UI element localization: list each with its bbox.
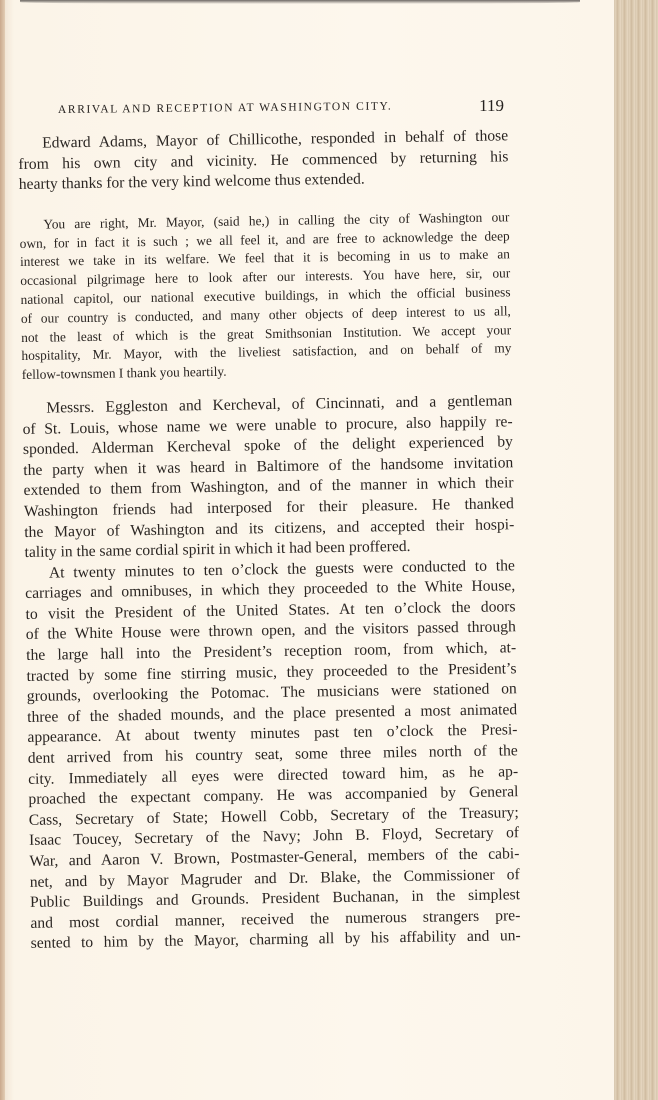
body-text: Edward Adams, Mayor of Chillicothe, resp… bbox=[18, 126, 521, 955]
scan-shadow bbox=[20, 0, 580, 4]
book-page: ARRIVAL AND RECEPTION AT WASHINGTON CITY… bbox=[0, 0, 616, 1100]
paragraph-eggleston-kercheval: Messrs. Eggleston and Kercheval, of Cinc… bbox=[22, 391, 515, 563]
running-head: ARRIVAL AND RECEPTION AT WASHINGTON CITY… bbox=[58, 100, 392, 116]
page-header: ARRIVAL AND RECEPTION AT WASHINGTON CITY… bbox=[58, 96, 504, 120]
gutter-edge bbox=[0, 0, 5, 1100]
book-fore-edge bbox=[614, 0, 658, 1100]
paragraph-adams: Edward Adams, Mayor of Chillicothe, resp… bbox=[18, 126, 509, 195]
page-number: 119 bbox=[479, 96, 504, 116]
paragraph-white-house: At twenty minutes to ten o’clock the gue… bbox=[25, 556, 521, 955]
paragraph-quoted-speech: You are right, Mr. Mayor, (said he,) in … bbox=[19, 208, 512, 385]
